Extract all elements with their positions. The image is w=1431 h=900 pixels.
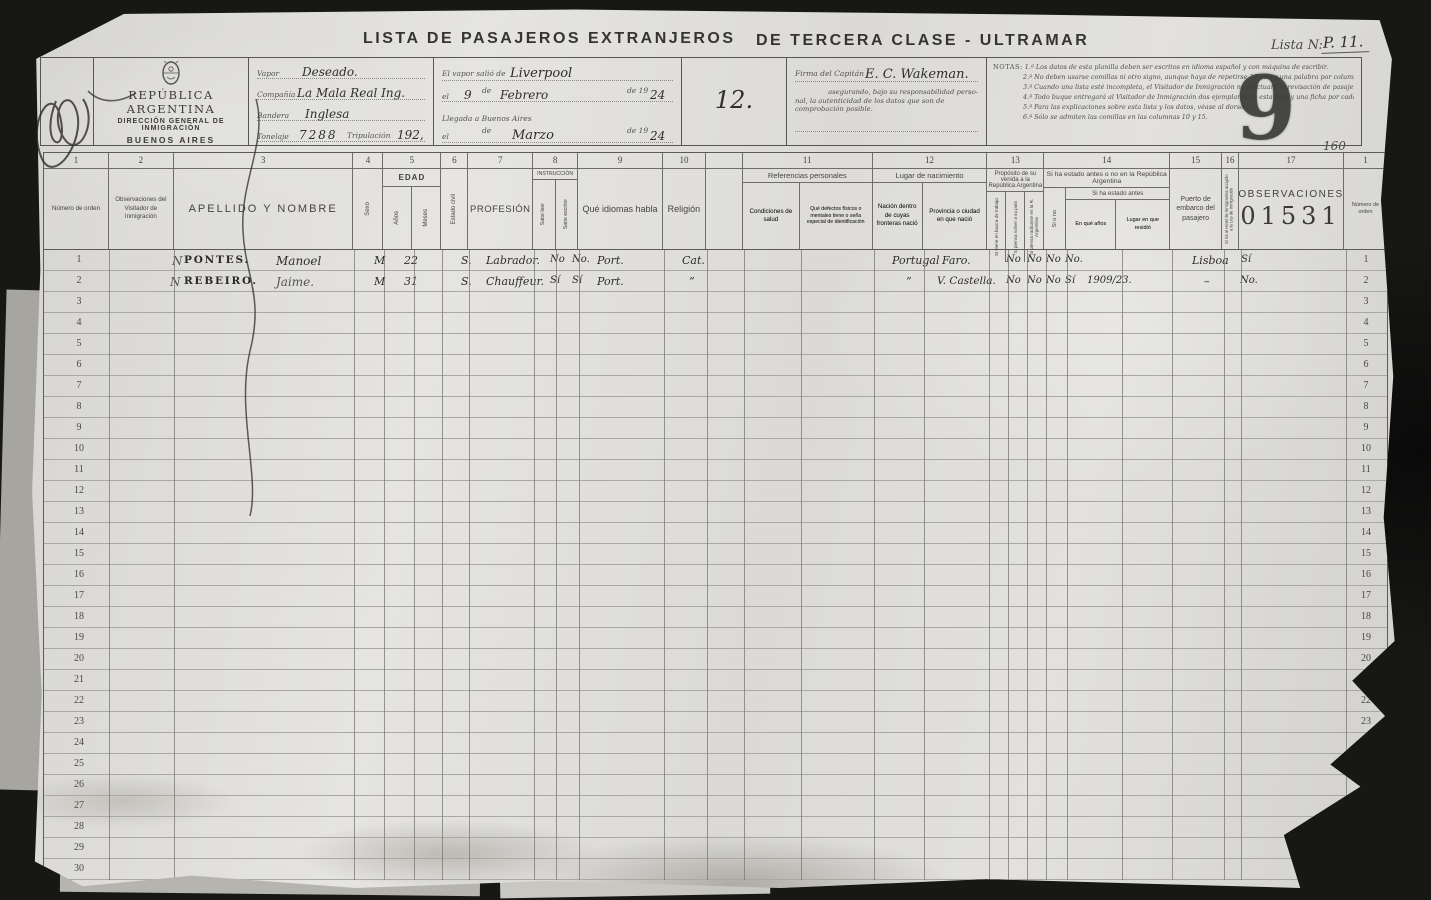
observaciones-label: OBSERVACIONES [1238, 189, 1343, 200]
column-rule [664, 250, 665, 880]
column-rule [469, 250, 470, 880]
row-number-right: 8 [1356, 401, 1376, 412]
de19b-label: de 19 [627, 126, 648, 135]
column-rule [1008, 250, 1009, 880]
column-rule [1046, 250, 1047, 880]
subcol-provincia: Provincia o ciudad en que nació [923, 183, 987, 249]
row-number-left: 5 [69, 338, 89, 349]
row-number-left: 4 [69, 317, 89, 328]
col-religion: 10 Religión [663, 153, 706, 249]
col-puerto-embarco: 15 Puerto de embarco del pasajero [1170, 153, 1222, 249]
column-rule [174, 250, 175, 880]
row-number-right: 29 [1356, 842, 1376, 853]
compania-label: Compañía [257, 90, 295, 99]
voyage-box: El vapor salió de Liverpool el 9 de Febr… [434, 58, 682, 145]
column-rule [109, 250, 110, 880]
row-number-left: 3 [69, 296, 89, 307]
cell-religion: Cat. [682, 254, 705, 267]
nota-3: 3.ª Cuando una lista esté incompleta, el… [993, 83, 1354, 93]
cell-idiomas: Port. [597, 254, 624, 267]
subcol-si-o-no: Sí o no [1044, 188, 1066, 249]
row-number-right: 25 [1356, 758, 1376, 769]
row-number-right: 16 [1356, 569, 1376, 580]
visitador-mark: N [170, 275, 181, 289]
compania-value: La Mala Real Ing. [297, 86, 405, 100]
col-estado-antes: 14 Si ha estado antes o no en la Repúbli… [1044, 153, 1170, 249]
sheet-number-value: 12. [715, 86, 753, 114]
row-number-left: 23 [69, 716, 89, 727]
captain-line2: nal, la autenticidad de los datos que so… [795, 97, 978, 113]
row-number-left: 25 [69, 758, 89, 769]
row-number-right: 27 [1356, 800, 1376, 811]
de-label: de [482, 86, 491, 95]
column-rule [744, 250, 745, 880]
de2-label: de [482, 126, 491, 135]
row-number-right: 18 [1356, 611, 1376, 622]
column-rule [556, 250, 557, 880]
tripulacion-value: 192, [397, 128, 424, 142]
row-number-right: 21 [1356, 674, 1376, 685]
row-number-left: 29 [69, 842, 89, 853]
col-blank [706, 153, 743, 249]
subcol-sabe-escribir: Sabe escribir [556, 180, 577, 249]
row-number-left: 2 [69, 275, 89, 286]
row-number-left: 13 [69, 506, 89, 517]
col-referencias: 11 Referencias personales Condiciones de… [743, 153, 873, 249]
cell-provincia: V. Castella. [937, 275, 996, 287]
nota-2: 2.ª No deben usarse comillas ni otro sig… [993, 73, 1354, 83]
column-rule [874, 250, 875, 880]
cell-nacion: Portugal [892, 254, 939, 267]
row-number-right: 17 [1356, 590, 1376, 601]
subcol-sabe-leer: Sabe leer [533, 180, 555, 249]
column-rule [1067, 250, 1068, 880]
cell-anios: 22 [404, 254, 418, 267]
col-sexo: 4 Sexo [353, 153, 383, 249]
cell-profesion: Chauffeur. [486, 275, 544, 288]
column-rule [579, 250, 580, 880]
cell-proposito-3: No [1046, 275, 1061, 286]
col-proposito: 13 Propósito de su venida a la República… [987, 153, 1044, 249]
column-rule [1241, 250, 1242, 880]
firma-label: Firma del Capitán [795, 69, 864, 78]
column-rule [1224, 250, 1225, 880]
cell-puerto-embarco: – [1204, 275, 1210, 288]
argentina-seal-icon [156, 61, 186, 87]
cell-profesion: Labrador. [486, 254, 540, 267]
row-number-right: 2 [1356, 275, 1376, 286]
column-rule [1122, 250, 1123, 880]
nota-4: 4.ª Todo buque entregará al Visitador de… [993, 93, 1354, 103]
form-sheet: LISTA DE PASAJEROS EXTRANJEROS DE TERCER… [28, 6, 1396, 888]
row-number-left: 6 [69, 359, 89, 370]
vapor-value: Deseado. [302, 65, 358, 79]
subcol-lugar-residio: Lugar en que residió [1116, 200, 1169, 249]
row-number-left: 21 [69, 674, 89, 685]
cell-hotel: No. [1240, 275, 1258, 286]
captain-line1: asegurando, bajo su responsabilidad pers… [795, 88, 978, 96]
anio-value: 24 [650, 88, 665, 102]
col-edad: 5 EDAD Años Meses [383, 153, 441, 249]
header-band: REPÚBLICA ARGENTINA DIRECCIÓN GENERAL DE… [40, 57, 1362, 146]
cell-sabe-escribir: Sí [572, 275, 582, 286]
column-rule [354, 250, 355, 880]
subcol-condiciones-salud: Condiciones de salud [743, 183, 800, 249]
column-rule [1172, 250, 1173, 880]
notas-box: NOTAS: 1.ª Los datos de esta planilla de… [987, 58, 1360, 145]
el2-label: el [442, 132, 449, 141]
row-number-right: 5 [1356, 338, 1376, 349]
passenger-surname: PONTES. [184, 254, 250, 266]
stamp-digit-9: 9 [1235, 64, 1296, 152]
column-rule [442, 250, 443, 880]
lista-number-value: P. 11. [1321, 32, 1370, 54]
col-numero-orden-left: 1 Número de orden [44, 153, 109, 249]
column-rule [924, 250, 925, 880]
row-number-left: 20 [69, 653, 89, 664]
form-title-right: DE TERCERA CLASE - ULTRAMAR [756, 32, 1089, 50]
subcol-defectos: Qué defectos físicos o mentales tiene o … [800, 183, 872, 249]
col-idiomas: 9 Qué idiomas habla [578, 153, 663, 249]
row-number-left: 15 [69, 548, 89, 559]
dia-value: 9 [464, 88, 472, 102]
form-title-left: LISTA DE PASAJEROS EXTRANJEROS [363, 30, 736, 48]
cell-en-que-anios: 1909/23. [1087, 275, 1132, 286]
cell-proposito-2: No [1027, 275, 1042, 286]
llegada-label: Llegada a Buenos Aires [442, 114, 532, 123]
table-body-grid: N PONTES. Manoel M 22 S. Labrador. No No… [43, 250, 1388, 880]
column-rule [1346, 250, 1347, 880]
row-number-right: 24 [1356, 737, 1376, 748]
row-number-right: 15 [1356, 548, 1376, 559]
row-number-right: 20 [1356, 653, 1376, 664]
column-rule [1027, 250, 1028, 880]
cell-idiomas: Port. [597, 275, 624, 288]
stamp-01531: 01531 [1240, 202, 1341, 230]
subgroup-si-ha-estado: Si ha estado antes [1066, 188, 1169, 200]
bandera-label: Bandera [257, 111, 289, 120]
mes2-value: Marzo [512, 128, 554, 143]
row-number-left: 9 [69, 422, 89, 433]
col-instruccion: 8 INSTRUCCIÓN Sabe leer Sabe escribir [533, 153, 578, 249]
row-number-left: 17 [69, 590, 89, 601]
passenger-surname: REBEIRO. [184, 275, 258, 287]
cell-nacion: ” [906, 275, 912, 288]
tonelaje-value: 7288 [299, 128, 338, 142]
cell-proposito-2: No [1027, 254, 1042, 265]
row-number-right: 11 [1356, 464, 1376, 475]
cell-proposito-3: No [1046, 254, 1061, 265]
salio-label: El vapor salió de [442, 69, 506, 78]
row-number-left: 10 [69, 443, 89, 454]
row-number-left: 16 [69, 569, 89, 580]
passenger-row-2: N REBEIRO. Jaime. M 31 S. Chauffeur. Sí … [44, 273, 1387, 294]
nota-5: 5.ª Para las explicaciones sobre esta li… [993, 103, 1354, 113]
agency-box: REPÚBLICA ARGENTINA DIRECCIÓN GENERAL DE… [94, 58, 249, 145]
vapor-label: Vapor [257, 69, 279, 78]
passenger-given-name: Manoel [276, 254, 321, 268]
row-number-left: 22 [69, 695, 89, 706]
col-observaciones: 17 OBSERVACIONES 01531 [1239, 153, 1344, 249]
row-number-left: 28 [69, 821, 89, 832]
passenger-given-name: Jaime. [276, 275, 314, 289]
bandera-value: Inglesa [305, 107, 349, 121]
row-number-right: 10 [1356, 443, 1376, 454]
de19-label: de 19 [627, 86, 648, 95]
col-numero-orden-right: 1 Número de orden [1344, 153, 1387, 249]
row-number-left: 8 [69, 401, 89, 412]
table-header: 1 Número de orden 2 Observaciones del Vi… [43, 152, 1388, 250]
cell-sabe-escribir: No. [572, 254, 590, 265]
captain-blank-line [795, 125, 978, 132]
salio-value: Liverpool [510, 66, 572, 81]
row-number-left: 30 [69, 863, 89, 874]
agency-line1: REPÚBLICA ARGENTINA [94, 88, 248, 116]
row-number-left: 26 [69, 779, 89, 790]
row-number-right: 1 [1356, 254, 1376, 265]
header-empty-cell [41, 58, 94, 145]
cell-religion: ” [689, 275, 695, 288]
col-apellido-nombre: 3 APELLIDO Y NOMBRE [174, 153, 354, 249]
row-number-left: 7 [69, 380, 89, 391]
col-hotel-inmigrantes: 16 Si irá al Hotel de Inmigrantes acogid… [1222, 153, 1239, 249]
column-rule [801, 250, 802, 880]
nota-6: 6.ª Sólo se admiten las comillas en las … [993, 113, 1354, 123]
passenger-row-1: N PONTES. Manoel M 22 S. Labrador. No No… [44, 252, 1387, 273]
row-number-right: 7 [1356, 380, 1376, 391]
anio2-value: 24 [650, 129, 665, 143]
row-number-left: 19 [69, 632, 89, 643]
tonelaje-label: Tonelaje [257, 132, 289, 141]
captain-box: Firma del Capitán E. C. Wakeman. asegura… [787, 58, 987, 145]
sheet-number-cell: 12. [682, 58, 787, 145]
row-number-right: 26 [1356, 779, 1376, 790]
el-label: el [442, 92, 449, 101]
row-number-right: 12 [1356, 485, 1376, 496]
row-number-right: 28 [1356, 821, 1376, 832]
col-profesion: 7 PROFESIÓN [468, 153, 533, 249]
cell-estado-civil: S. [461, 275, 472, 288]
col-observaciones-visitador: 2 Observaciones del Visitador de Inmigra… [109, 153, 174, 249]
row-number-right: 14 [1356, 527, 1376, 538]
agency-line3: BUENOS AIRES [94, 135, 248, 145]
row-number-right: 23 [1356, 716, 1376, 727]
ship-details-box: Vapor Deseado. Compañía La Mala Real Ing… [249, 58, 434, 145]
captain-signature: E. C. Wakeman. [865, 67, 969, 82]
row-number-left: 27 [69, 800, 89, 811]
col-lugar-nacimiento: 12 Lugar de nacimiento Nación dentro de … [873, 153, 988, 249]
subcol-nacion: Nación dentro de cuyas fronteras nació [873, 183, 923, 249]
agency-line2: DIRECCIÓN GENERAL DE INMIGRACIÓN [94, 118, 248, 132]
row-number-left: 18 [69, 611, 89, 622]
row-number-right: 22 [1356, 695, 1376, 706]
column-rule [384, 250, 385, 880]
cell-provincia: Faro. [942, 254, 971, 267]
row-number-left: 1 [69, 254, 89, 265]
column-rule [707, 250, 708, 880]
notas-label: NOTAS: [993, 63, 1023, 71]
row-number-left: 12 [69, 485, 89, 496]
row-number-right: 4 [1356, 317, 1376, 328]
subcol-anios: Años [383, 187, 412, 249]
row-number-right: 9 [1356, 422, 1376, 433]
subcol-meses: Meses [412, 187, 440, 249]
tripulacion-label: Tripulación [347, 131, 390, 140]
cell-hotel: Sí [1241, 254, 1251, 265]
row-number-left: 14 [69, 527, 89, 538]
col-estado-civil: 6 Estado civil [441, 153, 468, 249]
cell-anios: 31 [404, 275, 418, 288]
subcol-en-que-anios: En qué años [1066, 200, 1116, 249]
cell-estado-civil: S. [461, 254, 472, 267]
column-rule [989, 250, 990, 880]
column-rule [534, 250, 535, 880]
row-number-right: 3 [1356, 296, 1376, 307]
cell-sabe-leer: No [550, 254, 565, 265]
column-rule [414, 250, 415, 880]
mes-value: Febrero [500, 88, 548, 102]
row-number-right: 6 [1356, 359, 1376, 370]
row-number-left: 24 [69, 737, 89, 748]
lista-number-label: Lista N: [1271, 38, 1323, 53]
row-number-right: 13 [1356, 506, 1376, 517]
row-number-left: 11 [69, 464, 89, 475]
scanned-document-stage: LISTA DE PASAJEROS EXTRANJEROS DE TERCER… [0, 0, 1431, 900]
row-number-right: 19 [1356, 632, 1376, 643]
